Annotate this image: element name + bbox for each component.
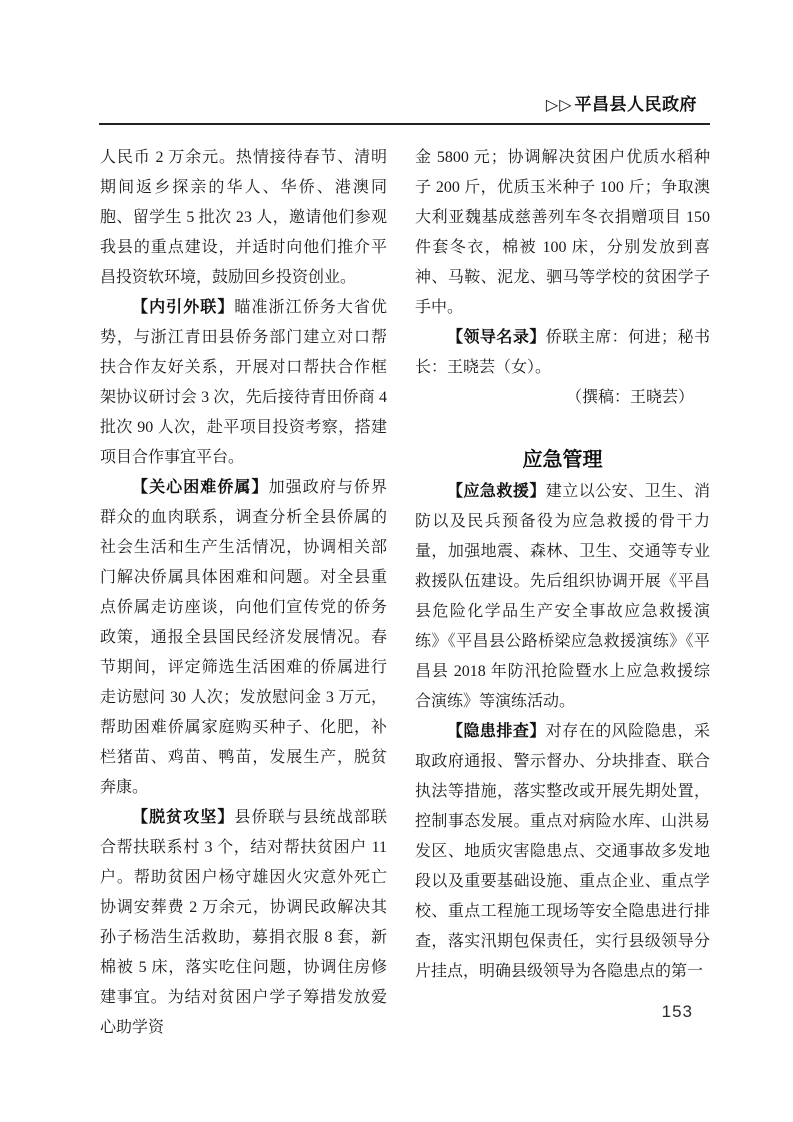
header-rule xyxy=(99,123,710,125)
section-heading: 应急管理 xyxy=(415,445,710,475)
paragraph-text: 加强政府与侨界群众的血肉联系，调查分析全县侨属的社会生活和生产生活情况，协调相关… xyxy=(100,479,387,796)
paragraph-text: 金 5800 元；协调解决贫困户优质水稻种子 200 斤，优质玉米种子 100 … xyxy=(415,149,710,316)
entry-label: 【关心困难侨属】 xyxy=(132,479,269,496)
right-column: 金 5800 元；协调解决贫困户优质水稻种子 200 斤，优质玉米种子 100 … xyxy=(415,143,710,987)
entry-label: 【脱贫攻坚】 xyxy=(132,809,234,826)
paragraph-text: 瞄准浙江侨务大省优势，与浙江青田县侨务部门建立对口帮扶合作友好关系，开展对口帮扶… xyxy=(100,299,387,466)
entry-label: 【领导名录】 xyxy=(447,329,546,346)
paragraph-continuation: 人民币 2 万余元。热情接待春节、清明期间返乡探亲的华人、华侨、港澳同胞、留学生… xyxy=(100,143,387,293)
paragraph-entry: 【关心困难侨属】加强政府与侨界群众的血肉联系，调查分析全县侨属的社会生活和生产生… xyxy=(100,473,387,803)
running-head: ▷▷平昌县人民政府 xyxy=(546,94,697,117)
paragraph-entry: 【应急救援】建立以公安、卫生、消防以及民兵预备役为应急救援的骨干力量，加强地震、… xyxy=(415,477,710,717)
entry-label: 【隐患排查】 xyxy=(447,723,546,740)
paragraph-text: 人民币 2 万余元。热情接待春节、清明期间返乡探亲的华人、华侨、港澳同胞、留学生… xyxy=(100,149,387,286)
entry-label: 【内引外联】 xyxy=(132,299,234,316)
byline: （撰稿：王晓芸） xyxy=(415,383,710,413)
byline-text: （撰稿：王晓芸） xyxy=(566,389,694,406)
page-number: 153 xyxy=(662,1002,693,1022)
paragraph-continuation: 金 5800 元；协调解决贫困户优质水稻种子 200 斤，优质玉米种子 100 … xyxy=(415,143,710,323)
paragraph-text: 对存在的风险隐患，采取政府通报、警示督办、分块排查、联合执法等措施，落实整改或开… xyxy=(415,723,710,980)
paragraph-entry: 【内引外联】瞄准浙江侨务大省优势，与浙江青田县侨务部门建立对口帮扶合作友好关系，… xyxy=(100,293,387,473)
paragraph-entry: 【隐患排查】对存在的风险隐患，采取政府通报、警示督办、分块排查、联合执法等措施，… xyxy=(415,717,710,987)
double-triangle-icon: ▷▷ xyxy=(546,97,573,114)
paragraph-entry: 【领导名录】侨联主席：何进；秘书长：王晓芸（女）。 xyxy=(415,323,710,383)
entry-label: 【应急救援】 xyxy=(447,483,546,500)
running-head-title: 平昌县人民政府 xyxy=(575,95,698,114)
paragraph-text: 建立以公安、卫生、消防以及民兵预备役为应急救援的骨干力量，加强地震、森林、卫生、… xyxy=(415,483,710,710)
paragraph-text: 县侨联与县统战部联合帮扶联系村 3 个，结对帮扶贫困户 11 户。帮助贫困户杨守… xyxy=(100,809,387,1036)
paragraph-entry: 【脱贫攻坚】县侨联与县统战部联合帮扶联系村 3 个，结对帮扶贫困户 11 户。帮… xyxy=(100,803,387,1043)
left-column: 人民币 2 万余元。热情接待春节、清明期间返乡探亲的华人、华侨、港澳同胞、留学生… xyxy=(100,143,387,1043)
document-page: ▷▷平昌县人民政府 人民币 2 万余元。热情接待春节、清明期间返乡探亲的华人、华… xyxy=(0,0,793,1122)
